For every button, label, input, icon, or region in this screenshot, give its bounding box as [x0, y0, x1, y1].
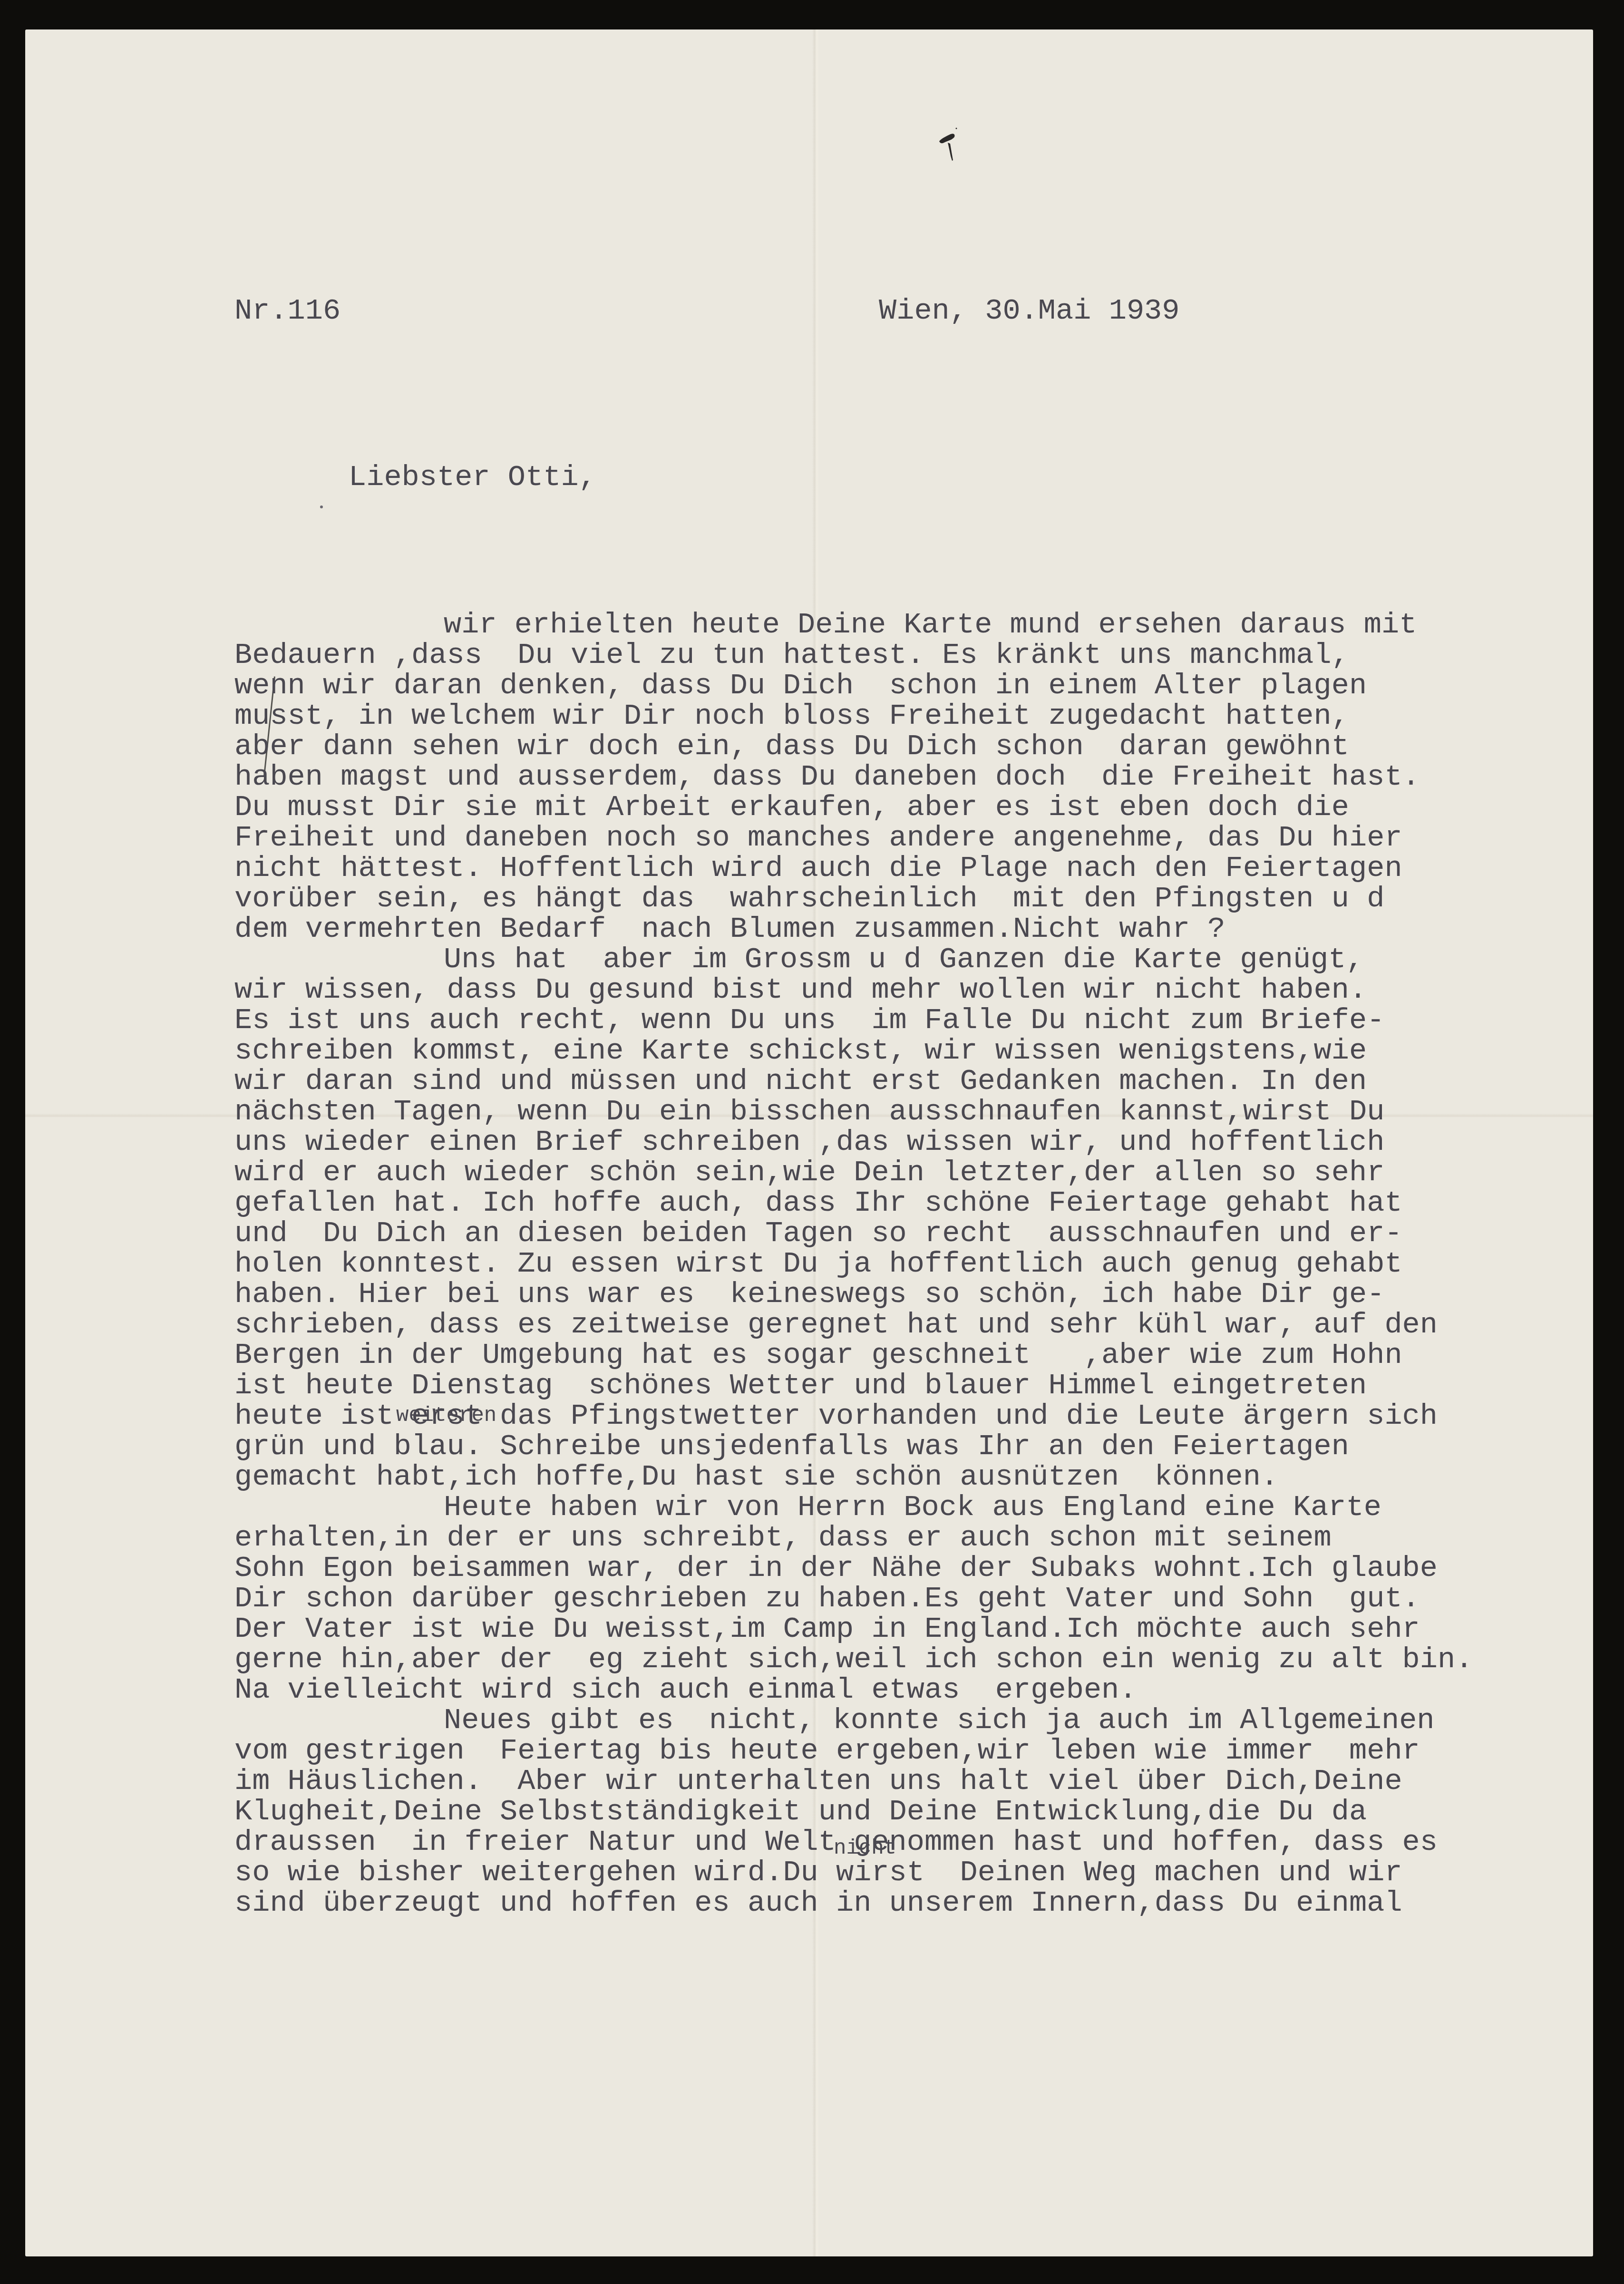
letter-line: uns wieder einen Brief schreiben ,das wi…: [234, 1127, 1473, 1157]
letter-line: Es ist uns auch recht, wenn Du uns im Fa…: [234, 1005, 1473, 1036]
letter-number: Nr.116: [234, 296, 340, 326]
letter-line: vom gestrigen Feiertag bis heute ergeben…: [234, 1736, 1473, 1766]
letter-line: so wie bisher weitergehen wird.Du wirst …: [234, 1857, 1473, 1888]
letter-line: Der Vater ist wie Du weisst,im Camp in E…: [234, 1614, 1473, 1644]
letter-line: schrieben, dass es zeitweise geregnet ha…: [234, 1310, 1473, 1340]
letter-line: Na vielleicht wird sich auch einmal etwa…: [234, 1675, 1473, 1705]
interlinear-insertion: weiteren: [396, 1404, 496, 1428]
letter-line: schreiben kommst, eine Karte schickst, w…: [234, 1036, 1473, 1066]
salutation: Liebster Otti,: [349, 462, 596, 493]
letter-line: wir erhielten heute Deine Karte mund ers…: [234, 610, 1473, 640]
letter-line: Neues gibt es nicht, konnte sich ja auch…: [234, 1705, 1473, 1736]
letter-line: wird er auch wieder schön sein,wie Dein …: [234, 1157, 1473, 1188]
letter-line: holen konntest. Zu essen wirst Du ja hof…: [234, 1249, 1473, 1279]
letter-line: nächsten Tagen, wenn Du ein bisschen aus…: [234, 1097, 1473, 1127]
letter-line: vorüber sein, es hängt das wahrscheinlic…: [234, 884, 1473, 914]
letter-line: grün und blau. Schreibe unsjedenfalls wa…: [234, 1431, 1473, 1462]
place-and-date: Wien, 30.Mai 1939: [879, 296, 1180, 326]
letter-line: gemacht habt,ich hoffe,Du hast sie schön…: [234, 1462, 1473, 1492]
letter-line: aber dann sehen wir doch ein, dass Du Di…: [234, 731, 1473, 762]
letter-line: und Du Dich an diesen beiden Tagen so re…: [234, 1218, 1473, 1249]
letter-line: wenn wir daran denken, dass Du Dich scho…: [234, 671, 1473, 701]
letter-line: Klugheit,Deine Selbstständigkeit und Dei…: [234, 1797, 1473, 1827]
letter-line: erhalten,in der er uns schreibt, dass er…: [234, 1523, 1473, 1553]
letter-line: Bedauern ,dass Du viel zu tun hattest. E…: [234, 640, 1473, 671]
letter-page: Nr.116 Wien, 30.Mai 1939 Liebster Otti, …: [25, 29, 1593, 2256]
letter-line: Du musst Dir sie mit Arbeit erkaufen, ab…: [234, 792, 1473, 823]
letter-line: Heute haben wir von Herrn Bock aus Engla…: [234, 1492, 1473, 1523]
letter-line: haben. Hier bei uns war es keineswegs so…: [234, 1279, 1473, 1310]
letter-line: Bergen in der Umgebung hat es sogar gesc…: [234, 1340, 1473, 1370]
letter-line: gerne hin,aber der eg zieht sich,weil ic…: [234, 1644, 1473, 1675]
letter-line: haben magst und ausserdem, dass Du daneb…: [234, 762, 1473, 792]
letter-line: Sohn Egon beisammen war, der in der Nähe…: [234, 1553, 1473, 1584]
letter-line: sind überzeugt und hoffen es auch in uns…: [234, 1888, 1473, 1918]
letter-line: wir wissen, dass Du gesund bist und mehr…: [234, 975, 1473, 1005]
letter-line: musst, in welchem wir Dir noch bloss Fre…: [234, 701, 1473, 731]
letter-line: ist heute Dienstag schönes Wetter und bl…: [234, 1370, 1473, 1401]
letter-line: im Häuslichen. Aber wir unterhalten uns …: [234, 1766, 1473, 1797]
letter-line: gefallen hat. Ich hoffe auch, dass Ihr s…: [234, 1188, 1473, 1218]
ink-blot-icon: [938, 120, 957, 163]
letter-line: Dir schon darüber geschrieben zu haben.E…: [234, 1584, 1473, 1614]
interlinear-insertion: nicht: [834, 1837, 896, 1860]
letter-line: nicht hättest. Hoffentlich wird auch die…: [234, 853, 1473, 884]
letter-body: wir erhielten heute Deine Karte mund ers…: [234, 610, 1473, 1918]
margin-dot-mark: [320, 505, 323, 508]
letter-line: Uns hat aber im Grossm u d Ganzen die Ka…: [234, 944, 1473, 975]
letter-line: dem vermehrten Bedarf nach Blumen zusamm…: [234, 914, 1473, 944]
letter-line: wir daran sind und müssen und nicht erst…: [234, 1066, 1473, 1097]
letter-line: Freiheit und daneben noch so manches and…: [234, 823, 1473, 853]
